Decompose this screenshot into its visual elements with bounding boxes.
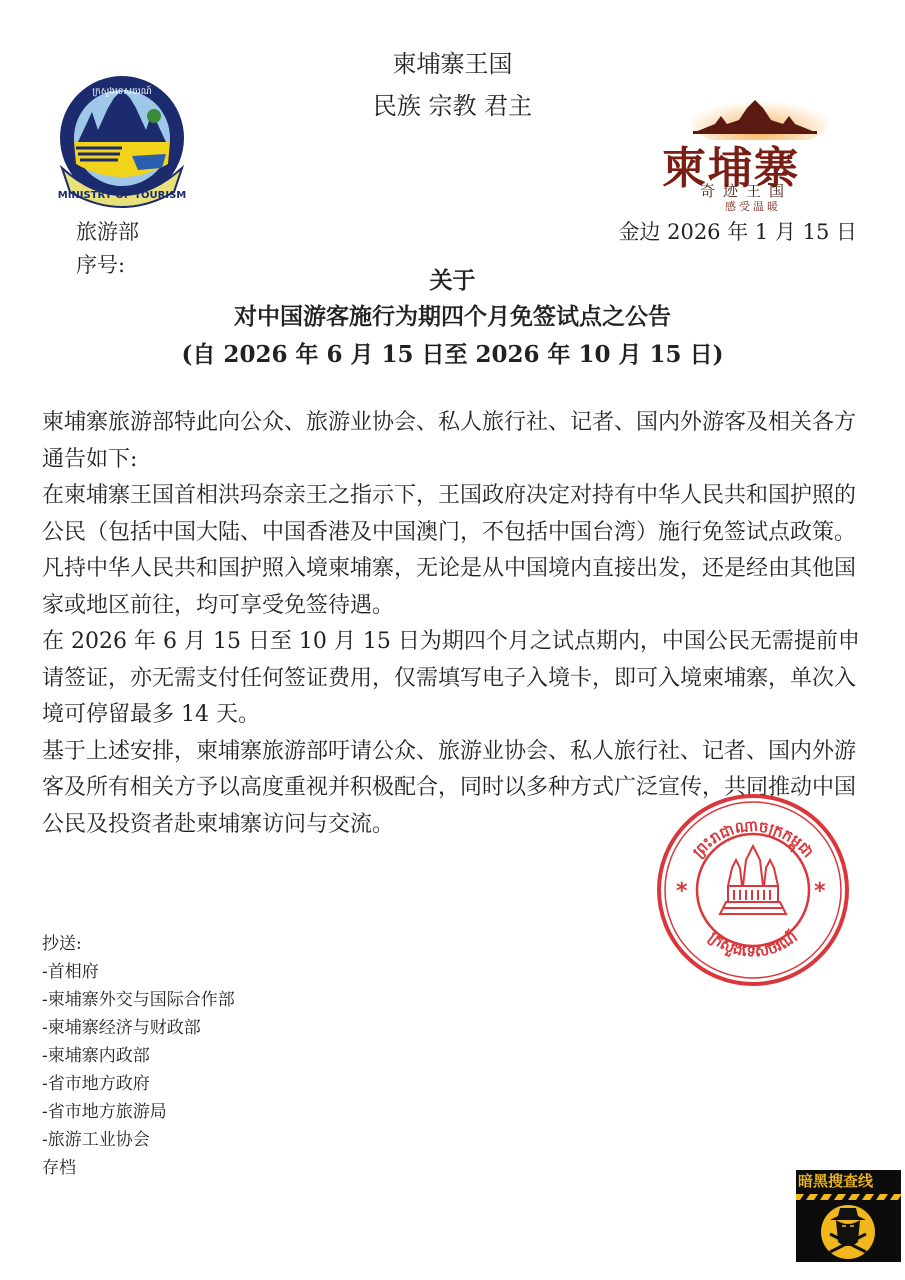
cc-recipient: -省市地方旅游局 [42,1098,235,1126]
cc-recipient: -柬埔寨经济与财政部 [42,1014,235,1042]
cc-archive: 存档 [42,1154,235,1182]
department-label: 旅游部 [76,216,139,246]
stamp-seal-icon: * * ព្រះរាជាណាចក្រកម្ពុជា ក្រសួងទេសចរណ៍ [648,790,858,990]
announcement-period: (自 2026 年 6 月 15 日至 2026 年 10 月 15 日) [0,336,905,369]
svg-text:ក្រសួងទេសចរណ៍: ក្រសួងទេសចរណ៍ [92,85,151,97]
svg-text:MINISTRY OF TOURISM: MINISTRY OF TOURISM [58,190,187,201]
body-paragraph: 在柬埔寨王国首相洪玛奈亲王之指示下，王国政府决定对持有中华人民共和国护照的公民（… [42,478,872,624]
official-stamp: * * ព្រះរាជាណាចក្រកម្ពុជា ក្រសួងទេសចរណ៍ [648,790,858,990]
brand-sub-tagline: 感受温暖 [725,198,781,214]
svg-text:*: * [676,879,688,904]
body-paragraph: 柬埔寨旅游部特此向公众、旅游业协会、私人旅行社、记者、国内外游客及相关各方通告如… [42,405,872,478]
watermark-badge: 暗黑搜查线 [796,1170,901,1262]
svg-text:ក្រសួងទេសចរណ៍: ក្រសួងទេសចរណ៍ [705,927,800,961]
title-about: 关于 [0,262,905,295]
cc-label: 抄送: [42,930,235,958]
body-paragraph: 在 2026 年 6 月 15 日至 10 月 15 日为期四个月之试点期内，中… [42,624,872,734]
cc-recipient: -首相府 [42,958,235,986]
ministry-seal-icon: MINISTRY OF TOURISM ក្រសួងទេសចរណ៍ [52,72,192,212]
announcement-body: 柬埔寨旅游部特此向公众、旅游业协会、私人旅行社、记者、国内外游客及相关各方通告如… [42,405,872,843]
date-line: 金边 2026 年 1 月 15 日 [618,216,857,246]
cc-recipient: -柬埔寨内政部 [42,1042,235,1070]
masked-figure-icon [796,1170,901,1262]
cc-list: 抄送: -首相府 -柬埔寨外交与国际合作部 -柬埔寨经济与财政部 -柬埔寨内政部… [42,930,235,1182]
ministry-of-tourism-logo: MINISTRY OF TOURISM ក្រសួងទេសចរណ៍ [52,72,192,212]
svg-text:*: * [814,879,826,904]
cc-recipient: -柬埔寨外交与国际合作部 [42,986,235,1014]
announcement-title: 对中国游客施行为期四个月免签试点之公告 [0,298,905,331]
svg-text:ព្រះរាជាណាចក្រកម្ពុជា: ព្រះរាជាណាចក្រកម្ពុជា [689,817,817,861]
cc-recipient: -省市地方政府 [42,1070,235,1098]
cc-recipient: -旅游工业协会 [42,1126,235,1154]
